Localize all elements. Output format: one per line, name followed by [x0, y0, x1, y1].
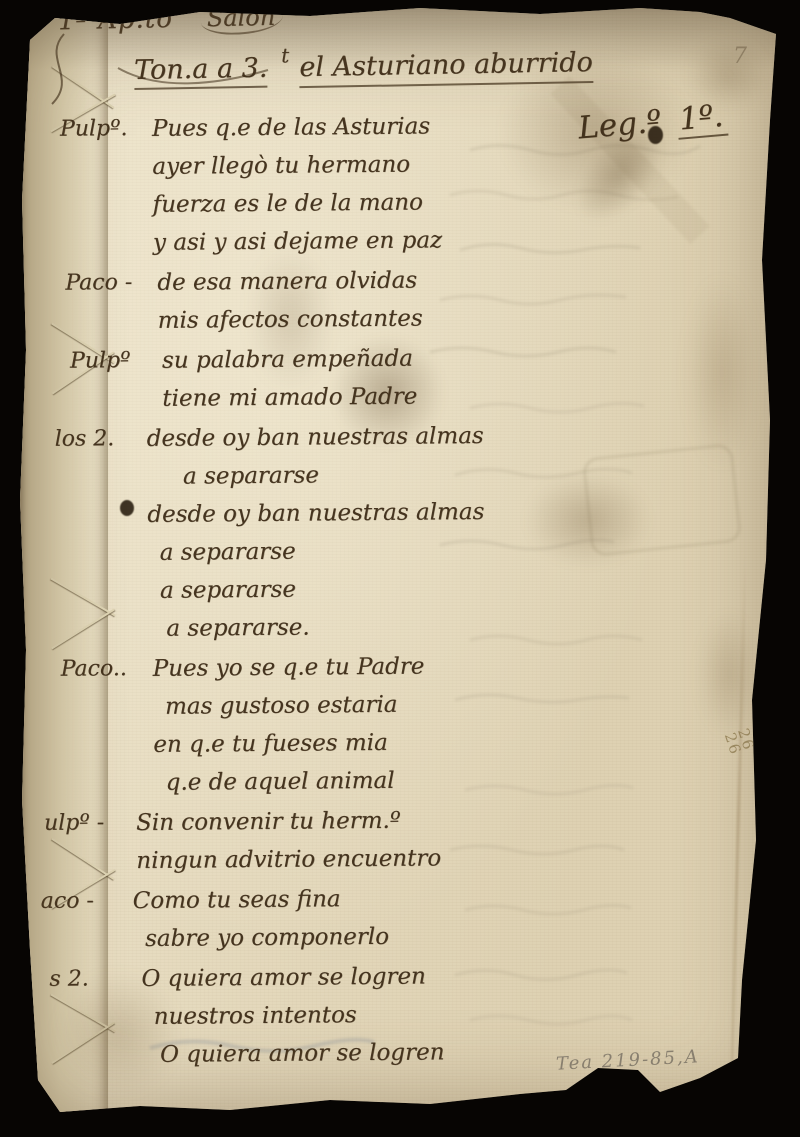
verse-line: ningun advitrio encuentro	[136, 837, 680, 880]
paper-crease	[730, 555, 747, 1075]
verse-line: O quiera amor se logren	[141, 955, 681, 998]
scanner-background: 1º Ap.toSalon Ton.a a 3.tel Asturiano ab…	[0, 0, 800, 1137]
edge-shadow	[0, 0, 800, 70]
manuscript-page: 1º Ap.toSalon Ton.a a 3.tel Asturiano ab…	[0, 0, 800, 1137]
verse-line: a separarse.	[148, 605, 678, 648]
verse-line: Pues yo se q.e tu Padre	[153, 645, 679, 688]
speaker-label: s 2.	[49, 960, 142, 1075]
speaker-label: aco -	[41, 882, 134, 959]
verse-line: Pues q.e de las Asturias	[152, 105, 674, 148]
verse-line: O quiera amor se logren	[142, 1031, 682, 1074]
verse-line: a separarse	[147, 529, 677, 572]
edge-stain	[686, 276, 758, 468]
verse-line: q.e de aquel animal	[154, 759, 680, 802]
verse-line: su palabra empeñada	[162, 337, 676, 379]
dialogue-block: s 2. O quiera amor se logren nuestros in…	[61, 955, 682, 1074]
verse-line: mas gustoso estaria	[153, 683, 679, 726]
verse-line: tiene mi amado Padre	[162, 375, 676, 417]
verse-line: a separarse	[147, 453, 677, 496]
verse-line: mis afectos constantes	[157, 297, 675, 340]
verse-line: de esa manera olvidas	[157, 259, 675, 302]
verse-line: ayer llegò tu hermano	[152, 143, 674, 186]
speaker-label: ulpº -	[44, 804, 137, 881]
verse-line: en q.e tu fueses mia	[153, 721, 679, 764]
verse-line: Como tu seas fina	[133, 877, 681, 920]
verse-line: fuerza es le de la mano	[152, 181, 674, 224]
verse-line: sabre yo componerlo	[133, 915, 681, 958]
dialogue-block: Pulpº su palabra empeñada tiene mi amado…	[56, 337, 677, 418]
verse-line: Sin convenir tu herm.º	[136, 799, 680, 842]
speaker-label: Paco -	[65, 264, 158, 341]
dialogue-block: ulpº - Sin convenir tu herm.º ningun adv…	[60, 799, 681, 880]
verse-line: desde oy ban nuestras almas	[147, 491, 677, 534]
edge-stain	[698, 612, 760, 736]
dialogue-body: Pulpº. Pues q.e de las Asturias ayer lle…	[54, 105, 682, 1076]
dialogue-block: Paco.. Pues yo se q.e tu Padre mas gusto…	[59, 645, 680, 802]
verse-line: a separarse	[148, 567, 678, 610]
speaker-label: Paco..	[61, 650, 154, 803]
dialogue-block: Pulpº. Pues q.e de las Asturias ayer lle…	[54, 105, 675, 262]
stitch-thread	[52, 65, 114, 108]
speaker-label: Pulpº.	[60, 110, 153, 263]
speaker-label: Pulpº	[70, 342, 163, 419]
verse-line: y asi y asi dejame en paz	[153, 219, 675, 262]
dialogue-block: los 2. desde oy ban nuestras almas a sep…	[57, 415, 679, 648]
dialogue-block: aco - Como tu seas fina sabre yo compone…	[61, 877, 682, 958]
dialogue-block: Paco - de esa manera olvidas mis afectos…	[55, 259, 676, 340]
verse-line: nuestros intentos	[142, 993, 682, 1036]
verse-line: desde oy ban nuestras almas	[146, 415, 676, 458]
legajo-number: 1º.	[676, 98, 729, 140]
speaker-label: los 2.	[55, 420, 149, 649]
